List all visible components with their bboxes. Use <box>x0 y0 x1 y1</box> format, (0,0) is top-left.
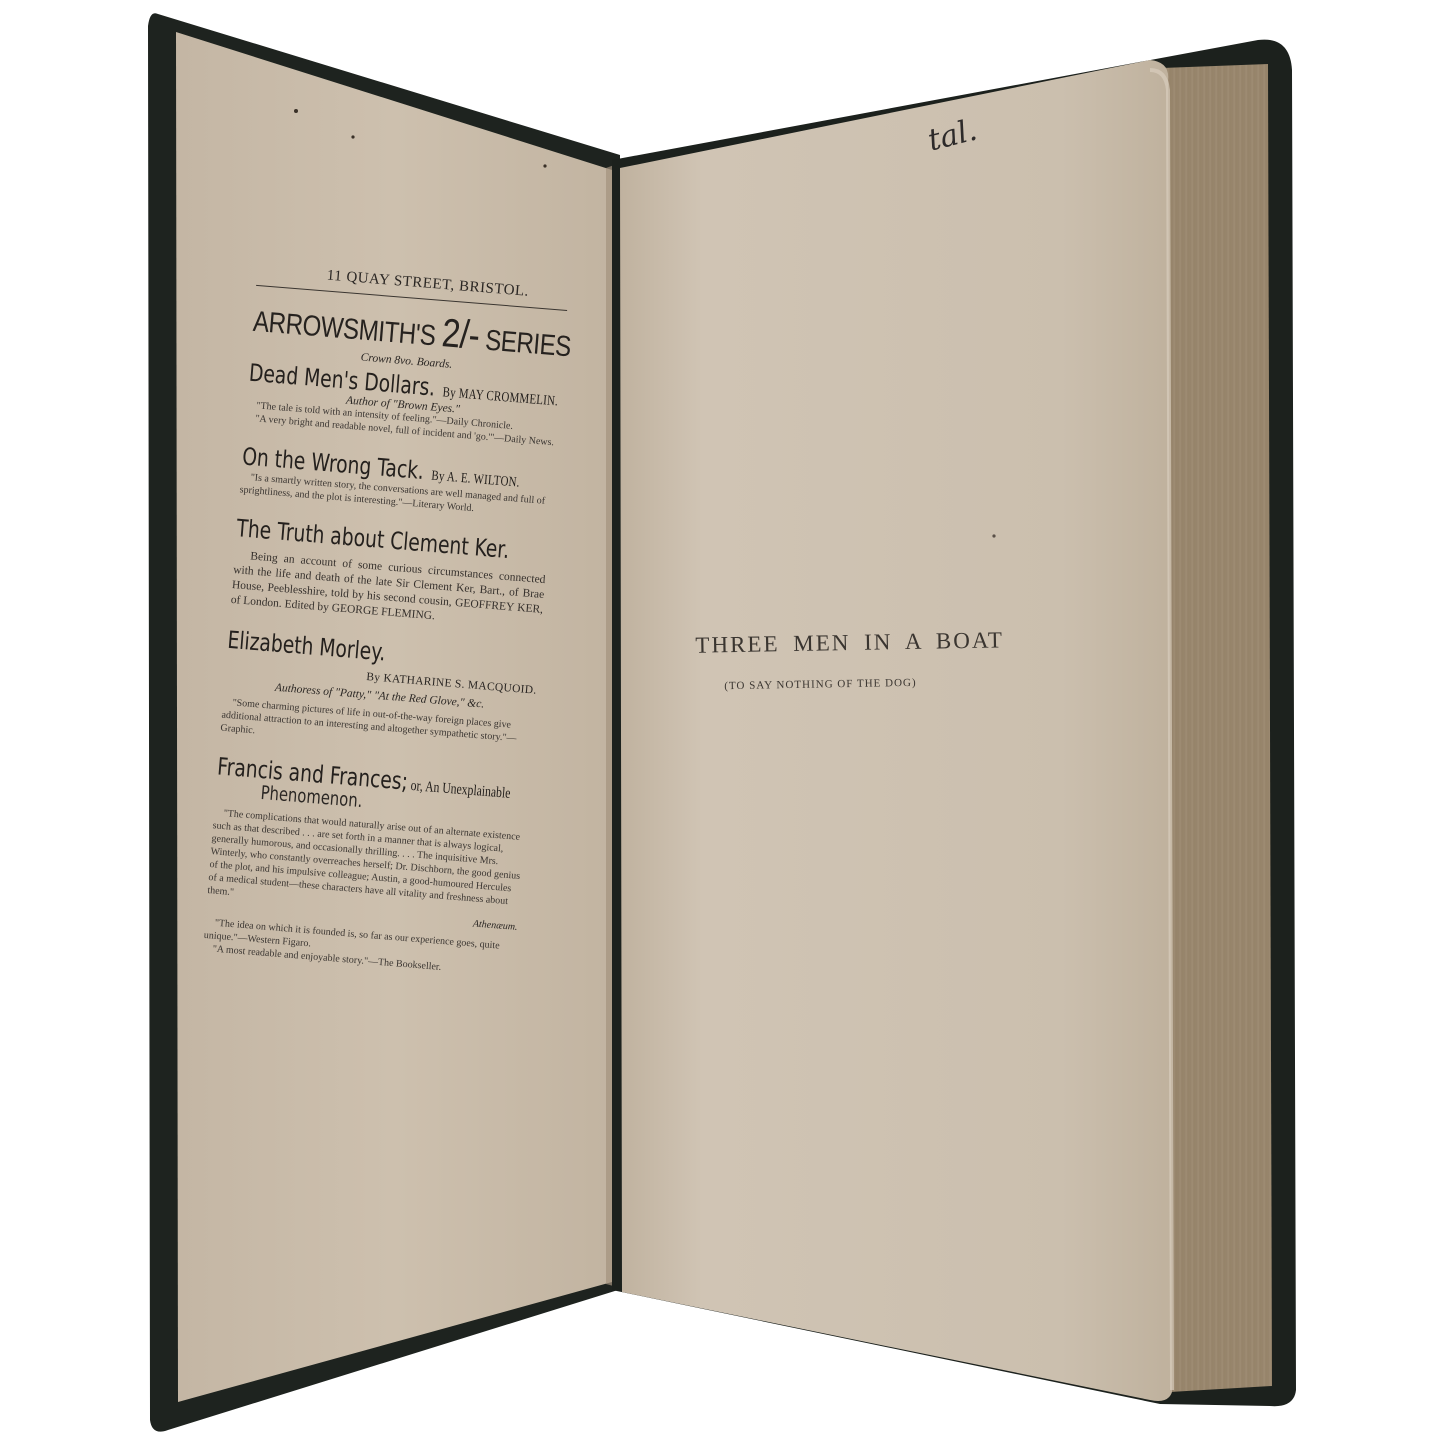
series-suffix: SERIES <box>484 325 572 364</box>
book-title: THREE MEN IN A BOAT <box>690 627 1010 659</box>
open-book-photo: 11 QUAY STREET, BRISTOL. ARROWSMITH'S 2/… <box>0 0 1445 1445</box>
series-price: 2/- <box>440 311 481 358</box>
left-page-advertisement: 11 QUAY STREET, BRISTOL. ARROWSMITH'S 2/… <box>202 262 569 980</box>
half-title-page: THREE MEN IN A BOAT (TO SAY NOTHING OF T… <box>690 627 1011 693</box>
book-illustration <box>0 0 1445 1445</box>
